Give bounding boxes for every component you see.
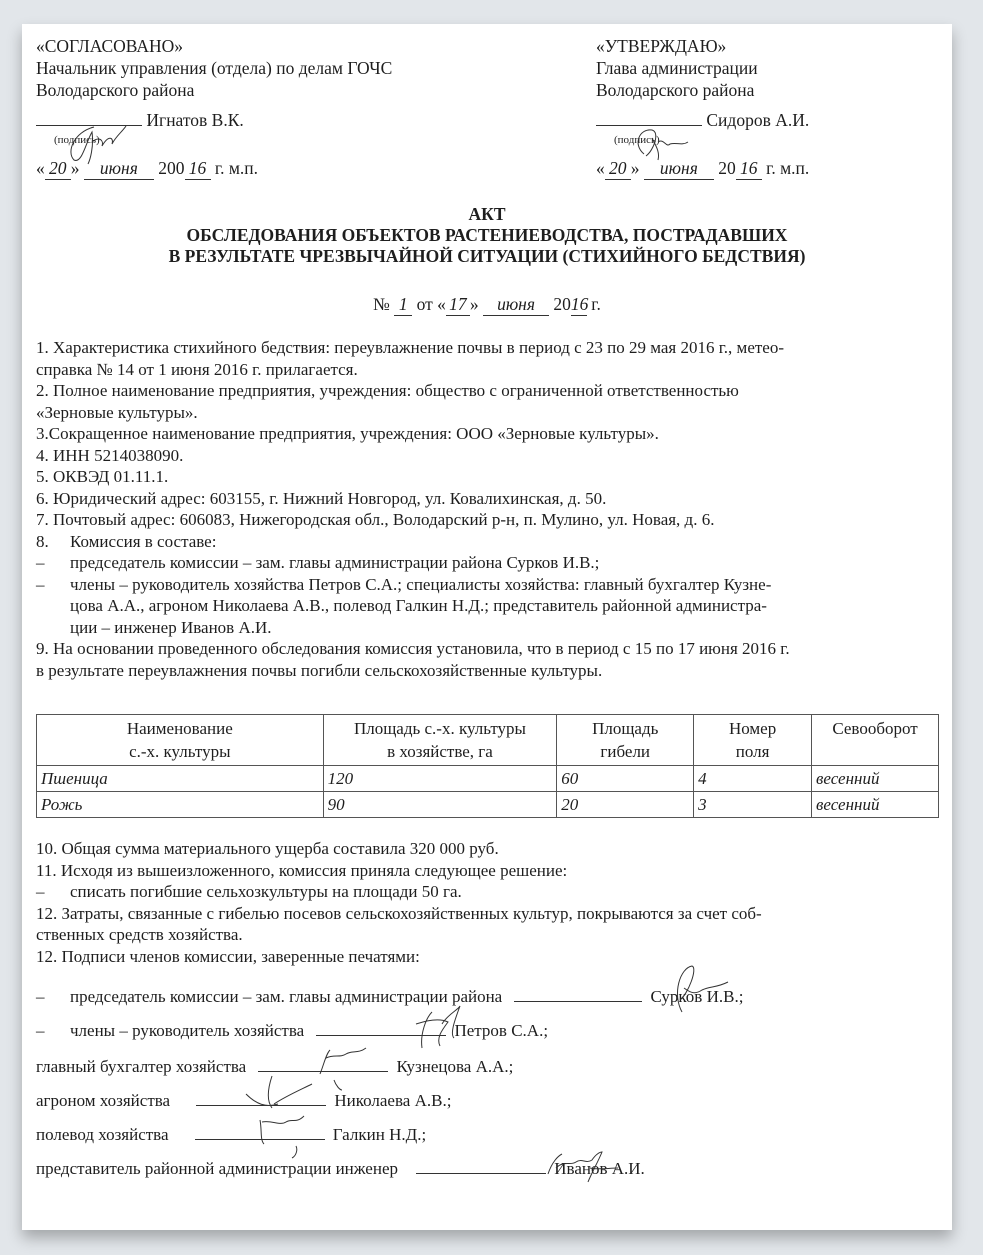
cell-area-lost: 60 <box>557 766 694 792</box>
quote-open: « <box>596 158 605 178</box>
dash-bullet: – <box>36 881 70 903</box>
signer-role: агроном хозяйства <box>36 1091 170 1110</box>
paragraph-line: списать погибшие сельхозкультуры на площ… <box>70 882 462 901</box>
act-number-line: № 1 от «17» июня 2016 г. <box>22 293 952 316</box>
header-crop-rotation: Севооборот <box>812 715 939 766</box>
quote-open: « <box>36 158 45 178</box>
header-crop-name: Наименованиес.-х. культуры <box>37 715 324 766</box>
paragraph-line: 3.Сокращенное наименование предприятия, … <box>36 423 790 445</box>
act-day: 17 <box>446 293 470 316</box>
table-header-row: Наименованиес.-х. культуры Площадь с.-х.… <box>37 715 939 766</box>
cell-area-lost: 20 <box>557 792 694 818</box>
cell-area-total: 120 <box>323 766 557 792</box>
act-month: июня <box>483 293 549 316</box>
header-area-lost: Площадьгибели <box>557 715 694 766</box>
paragraph-line: председатель комиссии – зам. главы админ… <box>70 553 599 572</box>
paragraph-line: 11. Исходя из вышеизложенного, комиссия … <box>36 860 762 882</box>
paragraph-line: 6. Юридический адрес: 603155, г. Нижний … <box>36 488 790 510</box>
approval-left-position-2: Володарского района <box>36 79 392 101</box>
crops-table: Наименованиес.-х. культуры Площадь с.-х.… <box>36 714 939 818</box>
act-conclusion: 10. Общая сумма материального ущерба сос… <box>36 838 762 967</box>
act-title-line-2: ОБСЛЕДОВАНИЯ ОБЪЕКТОВ РАСТЕНИЕВОДСТВА, П… <box>22 225 952 246</box>
year-prefix: 20 <box>718 158 736 178</box>
date-tail: г. м.п. <box>215 158 258 178</box>
approval-right-position-2: Володарского района <box>596 79 809 101</box>
signature-sidorov-icon <box>622 124 692 164</box>
header-field-number: Номерполя <box>694 715 812 766</box>
act-title: АКТ ОБСЛЕДОВАНИЯ ОБЪЕКТОВ РАСТЕНИЕВОДСТВ… <box>22 204 952 267</box>
signature-ignatov-icon <box>64 122 134 167</box>
quote-close: » <box>470 294 479 314</box>
act-year: 16 <box>571 293 587 316</box>
signer-name: Николаева А.В.; <box>334 1091 451 1110</box>
cell-rotation: весенний <box>812 792 939 818</box>
signature-galkin-icon <box>252 1110 322 1160</box>
cell-field-number: 4 <box>694 766 812 792</box>
approval-right-year: 16 <box>736 157 762 180</box>
cell-field-number: 3 <box>694 792 812 818</box>
paragraph-line: «Зерновые культуры». <box>36 402 790 424</box>
dash-bullet: – <box>36 552 70 574</box>
approval-right-name: Сидоров А.И. <box>706 110 809 130</box>
signer-name: Кузнецова А.А.; <box>396 1057 513 1076</box>
signer-role: главный бухгалтер хозяйства <box>36 1057 246 1076</box>
paragraph-line: 1. Характеристика стихийного бедствия: п… <box>36 337 790 359</box>
approval-left-year: 16 <box>185 157 211 180</box>
cell-crop: Пшеница <box>37 766 324 792</box>
paragraph-line: в результате переувлажнения почвы погибл… <box>36 660 790 682</box>
signature-ivanov-icon <box>542 1148 622 1188</box>
signature-line <box>416 1173 546 1174</box>
cell-crop: Рожь <box>37 792 324 818</box>
act-number: 1 <box>394 293 412 316</box>
signature-row-5: полевод хозяйства Галкин Н.Д.; <box>36 1124 426 1146</box>
table-row: Рожь 90 20 3 весенний <box>37 792 939 818</box>
signer-role: представитель районной администрации инж… <box>36 1159 398 1178</box>
signature-row-1: –председатель комиссии – зам. главы адми… <box>36 986 743 1008</box>
dash-bullet: – <box>36 1020 70 1042</box>
paragraph-line: 4. ИНН 5214038090. <box>36 445 790 467</box>
approval-left-stamp: «СОГЛАСОВАНО» <box>36 35 392 57</box>
paragraph-line: 2. Полное наименование предприятия, учре… <box>36 380 790 402</box>
paragraph-line: ственных средств хозяйства. <box>36 924 762 946</box>
act-title-line-1: АКТ <box>22 204 952 225</box>
header-area-total: Площадь с.-х. культурыв хозяйстве, га <box>323 715 557 766</box>
item-number: 8. <box>36 531 70 553</box>
act-tail: г. <box>591 294 601 314</box>
paragraph-line: 9. На основании проведенного обследовани… <box>36 638 790 660</box>
number-sign: № <box>373 294 390 314</box>
approval-right-position-1: Глава администрации <box>596 57 809 79</box>
act-from: от « <box>417 294 446 314</box>
paragraph-line: цова А.А., агроном Николаева А.В., полев… <box>36 595 790 617</box>
paragraph-line: 10. Общая сумма материального ущерба сос… <box>36 838 762 860</box>
table-row: Пшеница 120 60 4 весенний <box>37 766 939 792</box>
signature-kuznetsova-icon <box>312 1040 382 1090</box>
dash-bullet: – <box>36 986 70 1008</box>
signature-petrov-icon <box>402 1004 472 1054</box>
dash-bullet: – <box>36 574 70 596</box>
paragraph-line: Комиссия в составе: <box>70 532 216 551</box>
signer-name: Галкин Н.Д.; <box>333 1125 426 1144</box>
paragraph-line: 7. Почтовый адрес: 606083, Нижегородская… <box>36 509 790 531</box>
signer-role: полевод хозяйства <box>36 1125 169 1144</box>
signer-role: члены – руководитель хозяйства <box>70 1021 304 1040</box>
document-page: «СОГЛАСОВАНО» Начальник управления (отде… <box>22 24 952 1230</box>
paragraph-line: 5. ОКВЭД 01.11.1. <box>36 466 790 488</box>
paragraph-line: 12. Затраты, связанные с гибелью посевов… <box>36 903 762 925</box>
approval-left-position-1: Начальник управления (отдела) по делам Г… <box>36 57 392 79</box>
paragraph-line: справка № 14 от 1 июня 2016 г. прилагает… <box>36 359 790 381</box>
signature-line <box>514 1001 642 1002</box>
act-title-line-3: В РЕЗУЛЬТАТЕ ЧРЕЗВЫЧАЙНОЙ СИТУАЦИИ (СТИХ… <box>22 246 952 267</box>
approval-right-stamp: «УТВЕРЖДАЮ» <box>596 35 809 57</box>
cell-area-total: 90 <box>323 792 557 818</box>
approval-left-name: Игнатов В.К. <box>146 110 243 130</box>
year-prefix: 20 <box>553 294 571 314</box>
year-prefix: 200 <box>158 158 184 178</box>
date-tail: г. м.п. <box>766 158 809 178</box>
cell-rotation: весенний <box>812 766 939 792</box>
paragraph-line: ции – инженер Иванов А.И. <box>36 617 790 639</box>
paragraph-line: члены – руководитель хозяйства Петров С.… <box>70 575 771 594</box>
act-body: 1. Характеристика стихийного бедствия: п… <box>36 337 790 681</box>
signature-surkov-icon <box>652 964 732 1014</box>
